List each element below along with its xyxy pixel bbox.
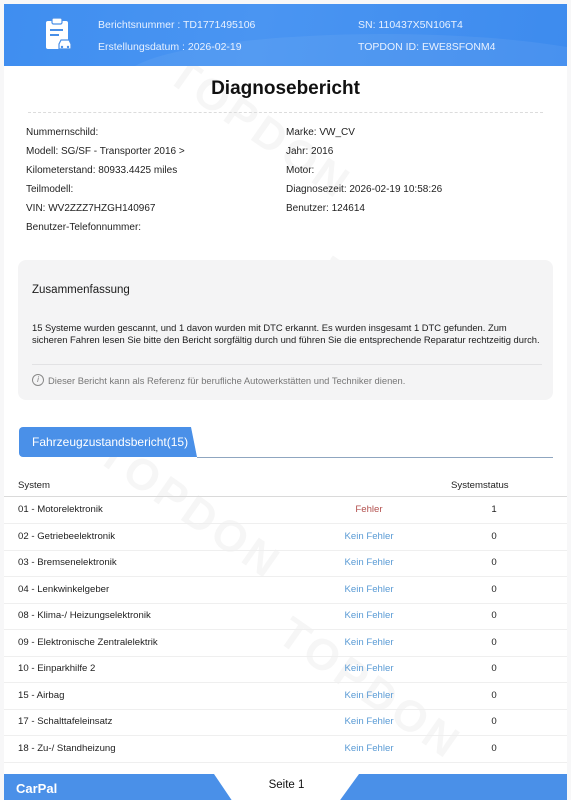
report-header: Berichtsnummer : TD1771495106 Erstellung… bbox=[4, 4, 567, 66]
info-engine: Motor: bbox=[286, 165, 314, 176]
status-badge: Kein Fehler bbox=[304, 690, 434, 701]
system-name: 18 - Zu-/ Standheizung bbox=[18, 743, 116, 754]
table-row[interactable]: 09 - Elektronische ZentralelektrikKein F… bbox=[4, 630, 567, 657]
status-badge: Kein Fehler bbox=[304, 610, 434, 621]
summary-card: Zusammenfassung 15 Systeme wurden gescan… bbox=[18, 260, 553, 400]
dtc-count: 0 bbox=[484, 531, 504, 542]
clipboard-car-icon bbox=[44, 17, 74, 53]
table-row[interactable]: 04 - LenkwinkelgeberKein Fehler0 bbox=[4, 577, 567, 604]
table-row[interactable]: 17 - SchalttafeleinsatzKein Fehler0 bbox=[4, 709, 567, 736]
dtc-count: 0 bbox=[484, 716, 504, 727]
system-name: 08 - Klima-/ Heizungselektronik bbox=[18, 610, 151, 621]
info-mileage: Kilometerstand: 80933.4425 miles bbox=[26, 165, 177, 176]
report-number: Berichtsnummer : TD1771495106 bbox=[98, 19, 255, 31]
summary-note: i Dieser Bericht kann als Referenz für b… bbox=[32, 374, 405, 386]
status-badge: Kein Fehler bbox=[304, 743, 434, 754]
divider bbox=[28, 112, 543, 113]
info-brand: Marke: VW_CV bbox=[286, 127, 355, 138]
dtc-count: 0 bbox=[484, 584, 504, 595]
system-name: 10 - Einparkhilfe 2 bbox=[18, 663, 95, 674]
summary-note-text: Dieser Bericht kann als Referenz für ber… bbox=[48, 375, 405, 386]
divider bbox=[32, 364, 542, 365]
status-badge: Kein Fehler bbox=[304, 584, 434, 595]
summary-title: Zusammenfassung bbox=[32, 284, 130, 296]
status-badge: Kein Fehler bbox=[304, 637, 434, 648]
system-name: 04 - Lenkwinkelgeber bbox=[18, 584, 109, 595]
system-name: 17 - Schalttafeleinsatz bbox=[18, 716, 112, 727]
info-diag-time: Diagnosezeit: 2026-02-19 10:58:26 bbox=[286, 184, 442, 195]
dtc-count: 0 bbox=[484, 610, 504, 621]
status-badge: Fehler bbox=[304, 504, 434, 515]
status-badge: Kein Fehler bbox=[304, 716, 434, 727]
status-badge: Kein Fehler bbox=[304, 557, 434, 568]
topdon-id: TOPDON ID: EWE8SFONM4 bbox=[358, 41, 496, 53]
dtc-count: 0 bbox=[484, 690, 504, 701]
table-row[interactable]: 02 - GetriebeelektronikKein Fehler0 bbox=[4, 524, 567, 551]
page-title: Diagnosebericht bbox=[4, 78, 567, 100]
page-number: Seite 1 bbox=[214, 779, 359, 791]
tab-vehicle-status-report[interactable]: Fahrzeugzustandsbericht(15) bbox=[19, 427, 197, 457]
system-name: 03 - Bremsenelektronik bbox=[18, 557, 117, 568]
created-date: Erstellungsdatum : 2026-02-19 bbox=[98, 41, 242, 53]
column-header-status: Systemstatus bbox=[451, 480, 509, 491]
dtc-count: 0 bbox=[484, 637, 504, 648]
system-name: 02 - Getriebeelektronik bbox=[18, 531, 115, 542]
dtc-count: 0 bbox=[484, 743, 504, 754]
table-row[interactable]: 15 - AirbagKein Fehler0 bbox=[4, 683, 567, 710]
info-model: Modell: SG/SF - Transporter 2016 > bbox=[26, 146, 185, 157]
status-badge: Kein Fehler bbox=[304, 663, 434, 674]
info-year: Jahr: 2016 bbox=[286, 146, 333, 157]
dtc-count: 0 bbox=[484, 557, 504, 568]
table-row[interactable]: 10 - Einparkhilfe 2Kein Fehler0 bbox=[4, 656, 567, 683]
system-name: 15 - Airbag bbox=[18, 690, 64, 701]
status-badge: Kein Fehler bbox=[304, 531, 434, 542]
info-phone: Benutzer-Telefonnummer: bbox=[26, 222, 141, 233]
info-submodel: Teilmodell: bbox=[26, 184, 73, 195]
summary-body: 15 Systeme wurden gescannt, und 1 davon … bbox=[32, 322, 542, 345]
tab-underline bbox=[197, 457, 553, 458]
system-name: 09 - Elektronische Zentralelektrik bbox=[18, 637, 158, 648]
system-name: 01 - Motorelektronik bbox=[18, 504, 103, 515]
info-plate: Nummernschild: bbox=[26, 127, 98, 138]
info-user: Benutzer: 124614 bbox=[286, 203, 365, 214]
table-row[interactable]: 08 - Klima-/ HeizungselektronikKein Fehl… bbox=[4, 603, 567, 630]
report-page: TOPDON TOPDON TOPDON TOPDON Berichtsnumm… bbox=[4, 4, 567, 800]
column-header-system: System bbox=[18, 480, 50, 491]
brand-logo: CarPal bbox=[16, 781, 57, 796]
info-vin: VIN: WV2ZZZ7HZGH140967 bbox=[26, 203, 155, 214]
table-row[interactable]: 03 - BremsenelektronikKein Fehler0 bbox=[4, 550, 567, 577]
table-row[interactable]: 18 - Zu-/ StandheizungKein Fehler0 bbox=[4, 736, 567, 763]
info-icon: i bbox=[32, 374, 44, 386]
serial-number: SN: 110437X5N106T4 bbox=[358, 19, 463, 31]
dtc-count: 1 bbox=[484, 504, 504, 515]
dtc-count: 0 bbox=[484, 663, 504, 674]
table-row[interactable]: 01 - MotorelektronikFehler1 bbox=[4, 497, 567, 524]
